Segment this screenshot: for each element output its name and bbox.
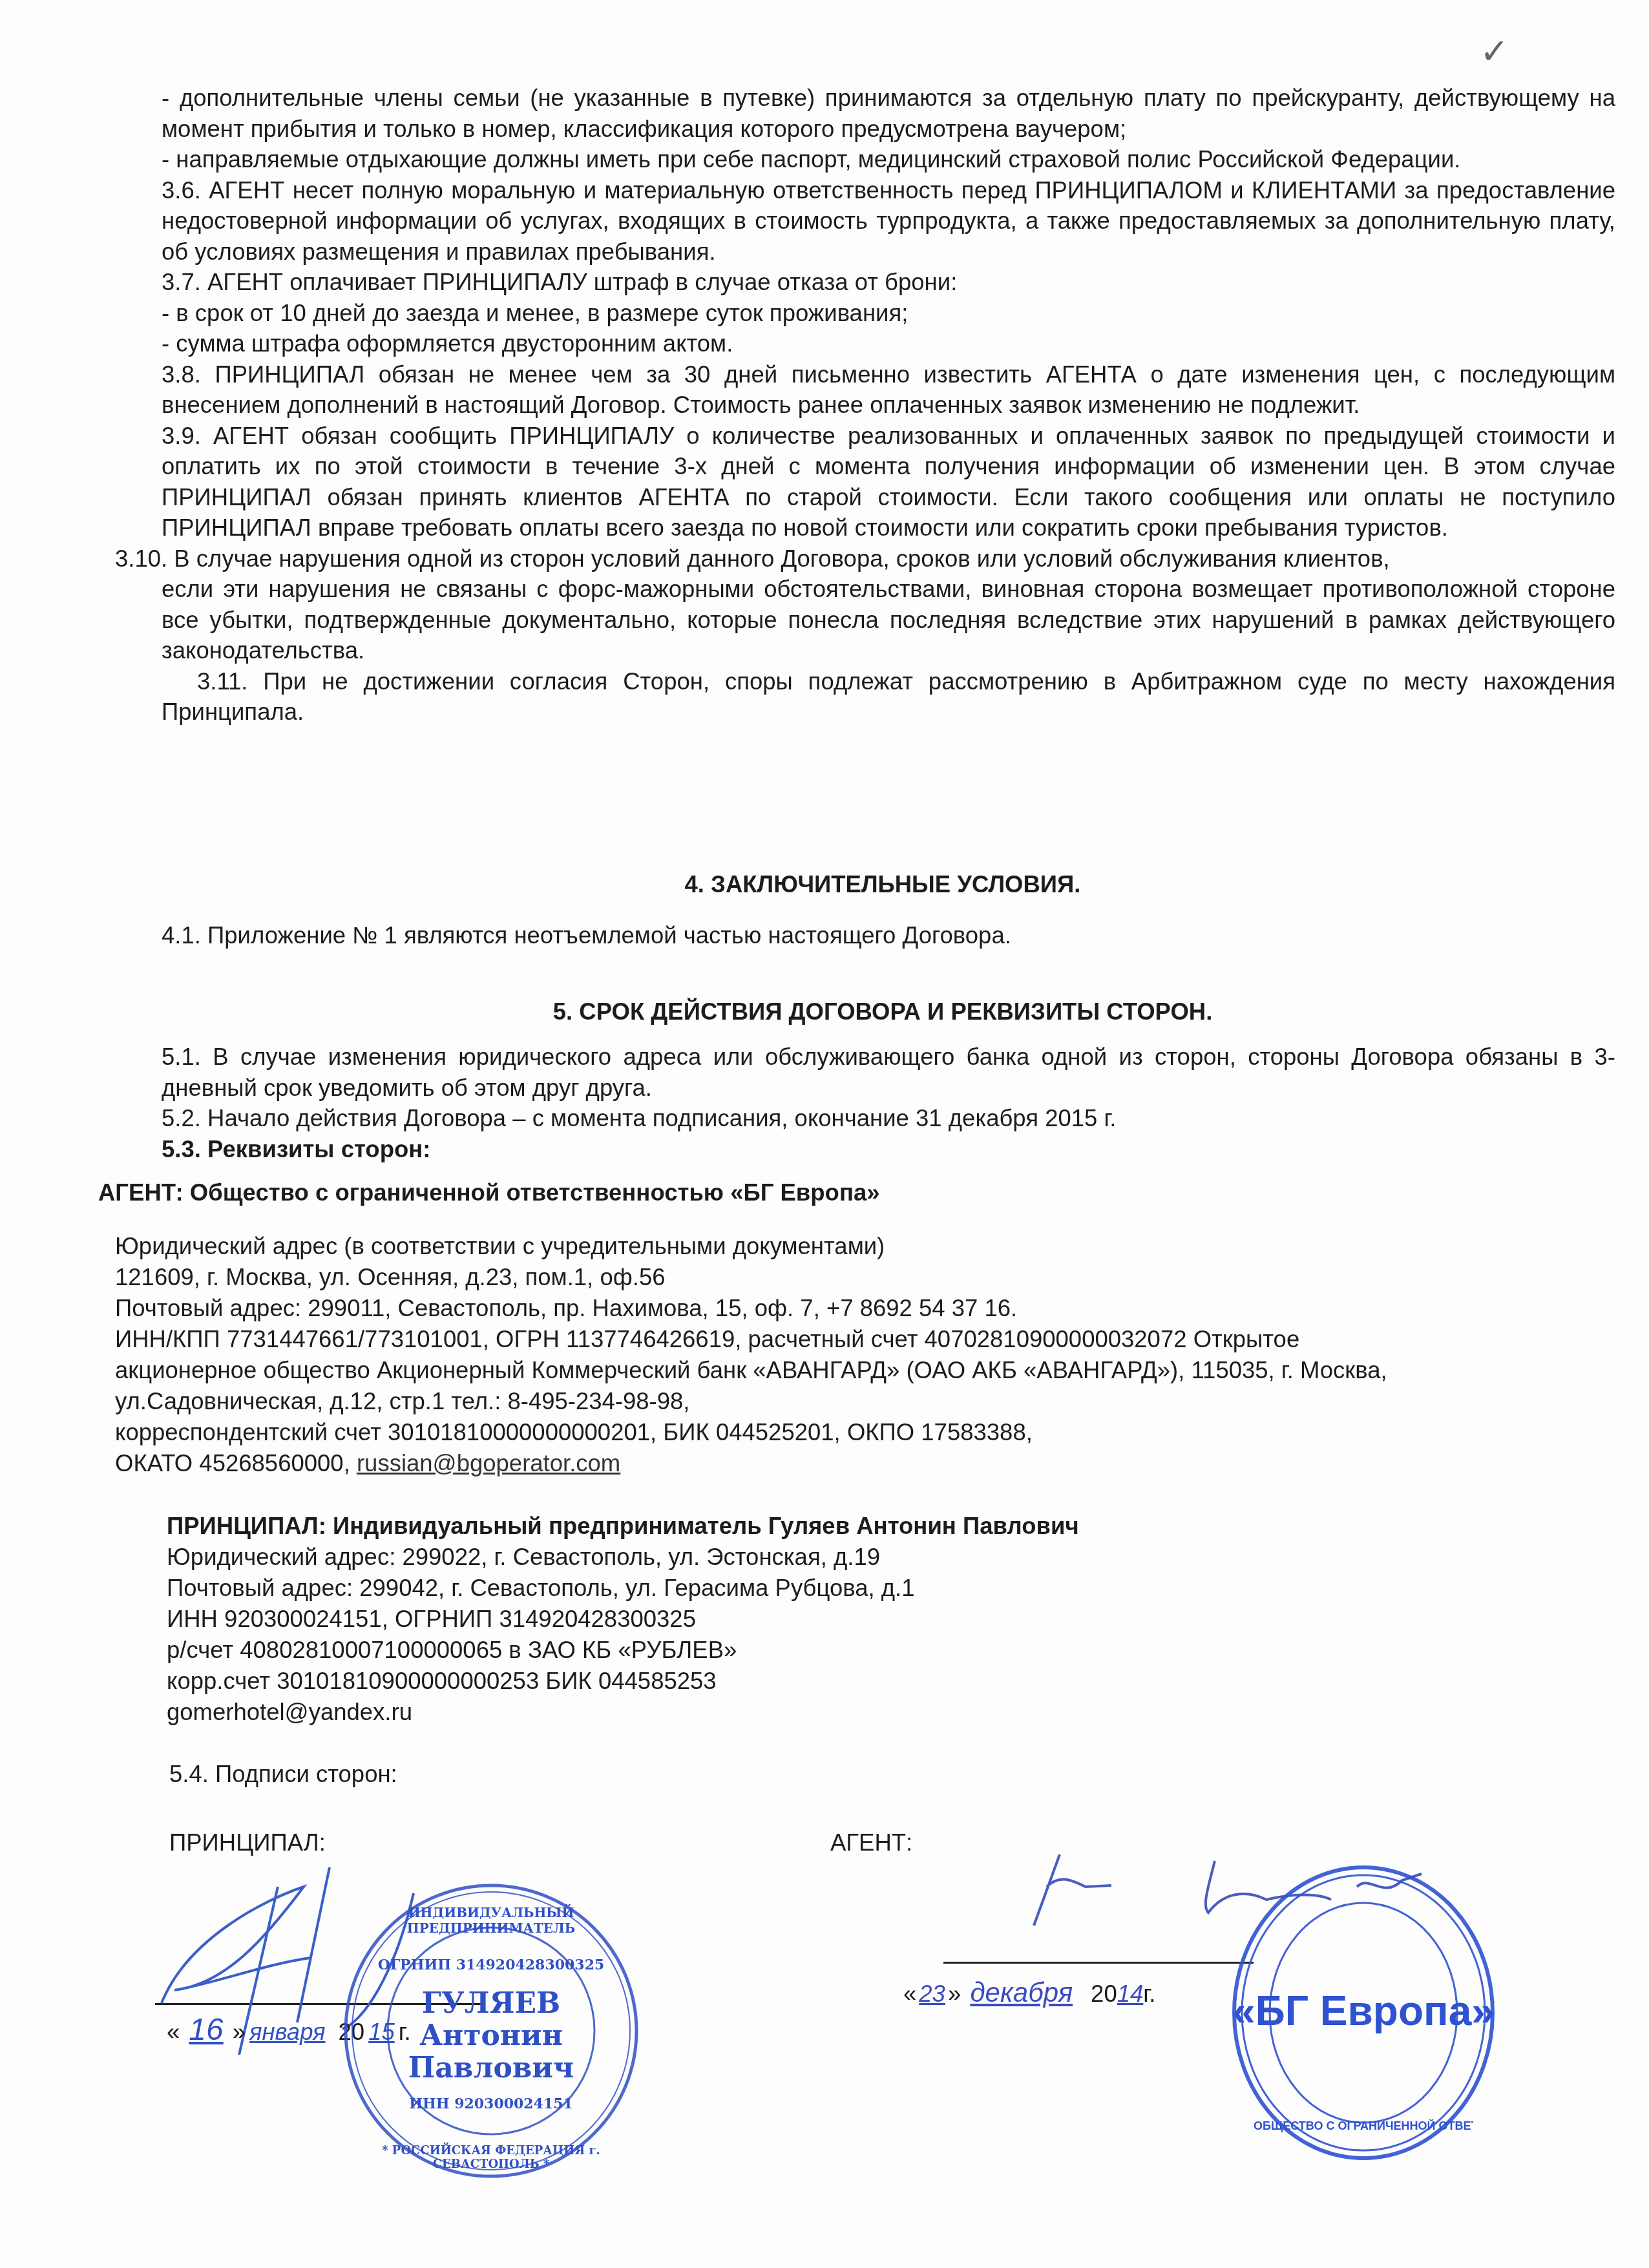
paragraph-5-3: 5.3. Реквизиты сторон:	[162, 1134, 1615, 1165]
paragraph-3-10-rest: если эти нарушения не связаны с форс-маж…	[162, 574, 1615, 666]
agent-signature-line	[943, 1962, 1254, 1964]
stamp-inn: ИНН 920300024151	[339, 2095, 643, 2112]
agent-date-year: 14	[1117, 1980, 1144, 2007]
principal-signature-label: ПРИНЦИПАЛ:	[169, 1827, 326, 1858]
paragraph: - в срок от 10 дней до заезда и менее, в…	[162, 298, 1615, 329]
stamp-name: ГУЛЯЕВ Антонин Павлович	[339, 1988, 643, 2084]
agent-okato-line: ОКАТО 45268560000, russian@bgoperator.co…	[115, 1448, 1387, 1479]
stamp-first-name: Антонин	[339, 2020, 643, 2052]
stamp-patronymic: Павлович	[339, 2052, 643, 2084]
agent-date-month: декабря	[967, 1977, 1091, 2008]
agent-date-row: «23» декабря2014г.	[903, 1977, 1155, 2010]
agent-date-day: 23	[916, 1980, 948, 2007]
paragraph: - сумма штрафа оформляется двусторонним …	[162, 328, 1615, 359]
agent-heading: АГЕНТ: Общество с ограниченной ответстве…	[98, 1177, 880, 1208]
principal-details: ПРИНЦИПАЛ: Индивидуальный предпринимател…	[167, 1511, 1079, 1728]
agent-line: корреспондентский счет 30101810000000000…	[115, 1417, 1387, 1448]
paragraph-3-7: 3.7. АГЕНТ оплачивает ПРИНЦИПАЛУ штраф в…	[162, 267, 1615, 298]
principal-email[interactable]: gomerhotel@yandex.ru	[167, 1697, 1079, 1728]
agent-line: Юридический адрес (в соответствии с учре…	[115, 1231, 1387, 1262]
principal-line: Почтовый адрес: 299042, г. Севастополь, …	[167, 1573, 1079, 1604]
section-3-text: - дополнительные члены семьи (не указанн…	[162, 83, 1615, 728]
paragraph-3-10-first: 3.10. В случае нарушения одной из сторон…	[115, 543, 1615, 574]
paragraph-3-9: 3.9. АГЕНТ обязан сообщить ПРИНЦИПАЛУ о …	[162, 421, 1615, 543]
agent-stamp-center: «БГ Европа»	[1228, 1987, 1499, 2035]
stamp-ring-bottom: * РОССИЙСКАЯ ФЕДЕРАЦИЯ г. СЕВАСТОПОЛЬ *	[339, 2144, 643, 2171]
agent-line: 121609, г. Москва, ул. Осенняя, д.23, по…	[115, 1262, 1387, 1293]
agent-details: Юридический адрес (в соответствии с учре…	[115, 1231, 1387, 1479]
principal-line: р/счет 40802810007100000065 в ЗАО КБ «РУ…	[167, 1635, 1079, 1666]
paragraph-4-1: 4.1. Приложение № 1 являются неотъемлемо…	[162, 920, 1011, 951]
quote-close: »	[948, 1980, 961, 2007]
section-5-title: 5. СРОК ДЕЙСТВИЯ ДОГОВОРА И РЕКВИЗИТЫ СТ…	[58, 996, 1649, 1027]
year-prefix: 20	[1091, 1980, 1117, 2007]
okato-text: ОКАТО 45268560000,	[115, 1450, 357, 1476]
agent-email-link[interactable]: russian@bgoperator.com	[357, 1450, 620, 1476]
check-mark-icon: ✓	[1480, 31, 1509, 72]
quote-close: »	[233, 2019, 246, 2045]
paragraph-3-6: 3.6. АГЕНТ несет полную моральную и мате…	[162, 175, 1615, 268]
principal-stamp: ИНДИВИДУАЛЬНЫЙ ПРЕДПРИНИМАТЕЛЬ ОГРНИП 31…	[339, 1879, 643, 2183]
quote-open: «	[903, 1980, 916, 2007]
agent-line: Почтовый адрес: 299011, Севастополь, пр.…	[115, 1293, 1387, 1324]
section-4-title: 4. ЗАКЛЮЧИТЕЛЬНЫЕ УСЛОВИЯ.	[58, 869, 1649, 900]
principal-line: корр.счет 30101810900000000253 БИК 04458…	[167, 1666, 1079, 1697]
contract-page: ✓ - дополнительные члены семьи (не указа…	[0, 0, 1649, 2268]
paragraph-3-11: 3.11. При не достижении согласия Сторон,…	[162, 666, 1615, 728]
stamp-surname: ГУЛЯЕВ	[339, 1988, 643, 2020]
agent-line: ул.Садовническая, д.12, стр.1 тел.: 8-49…	[115, 1386, 1387, 1417]
paragraph: - дополнительные члены семьи (не указанн…	[162, 83, 1615, 144]
agent-line: акционерное общество Акционерный Коммерч…	[115, 1355, 1387, 1386]
stamp-ring-top: ИНДИВИДУАЛЬНЫЙ ПРЕДПРИНИМАТЕЛЬ	[339, 1905, 643, 1936]
principal-line: ИНН 920300024151, ОГРНИП 314920428300325	[167, 1604, 1079, 1635]
paragraph-5-1: 5.1. В случае изменения юридического адр…	[162, 1042, 1615, 1103]
paragraph-3-8: 3.8. ПРИНЦИПАЛ обязан не менее чем за 30…	[162, 359, 1615, 421]
agent-stamp-ring-text: ОБЩЕСТВО С ОГРАНИЧЕННОЙ ОТВЕТСТВЕННОСТЬЮ…	[1254, 2119, 1473, 2133]
paragraph-5-2: 5.2. Начало действия Договора – с момент…	[162, 1103, 1615, 1134]
agent-signature-label: АГЕНТ:	[830, 1827, 912, 1858]
stamp-ogrnip: ОГРНИП 314920428300325	[339, 1957, 643, 1973]
principal-heading: ПРИНЦИПАЛ: Индивидуальный предпринимател…	[167, 1511, 1079, 1542]
signatures-title: 5.4. Подписи сторон:	[169, 1759, 397, 1790]
year-suffix: г.	[1143, 1980, 1155, 2007]
quote-open: «	[167, 2019, 180, 2045]
principal-line: Юридический адрес: 299022, г. Севастопол…	[167, 1542, 1079, 1573]
principal-date-month: января	[246, 2019, 339, 2045]
agent-stamp: «БГ Европа» ОБЩЕСТВО С ОГРАНИЧЕННОЙ ОТВЕ…	[1228, 1861, 1499, 2165]
principal-date-day: 16	[180, 2013, 232, 2047]
paragraph-number: 3.10.	[115, 545, 167, 572]
paragraph-text: В случае нарушения одной из сторон услов…	[174, 545, 1389, 572]
agent-line: ИНН/КПП 7731447661/773101001, ОГРН 11377…	[115, 1324, 1387, 1355]
section-5-text: 5.1. В случае изменения юридического адр…	[162, 1042, 1615, 1164]
paragraph: - направляемые отдыхающие должны иметь п…	[162, 144, 1615, 175]
